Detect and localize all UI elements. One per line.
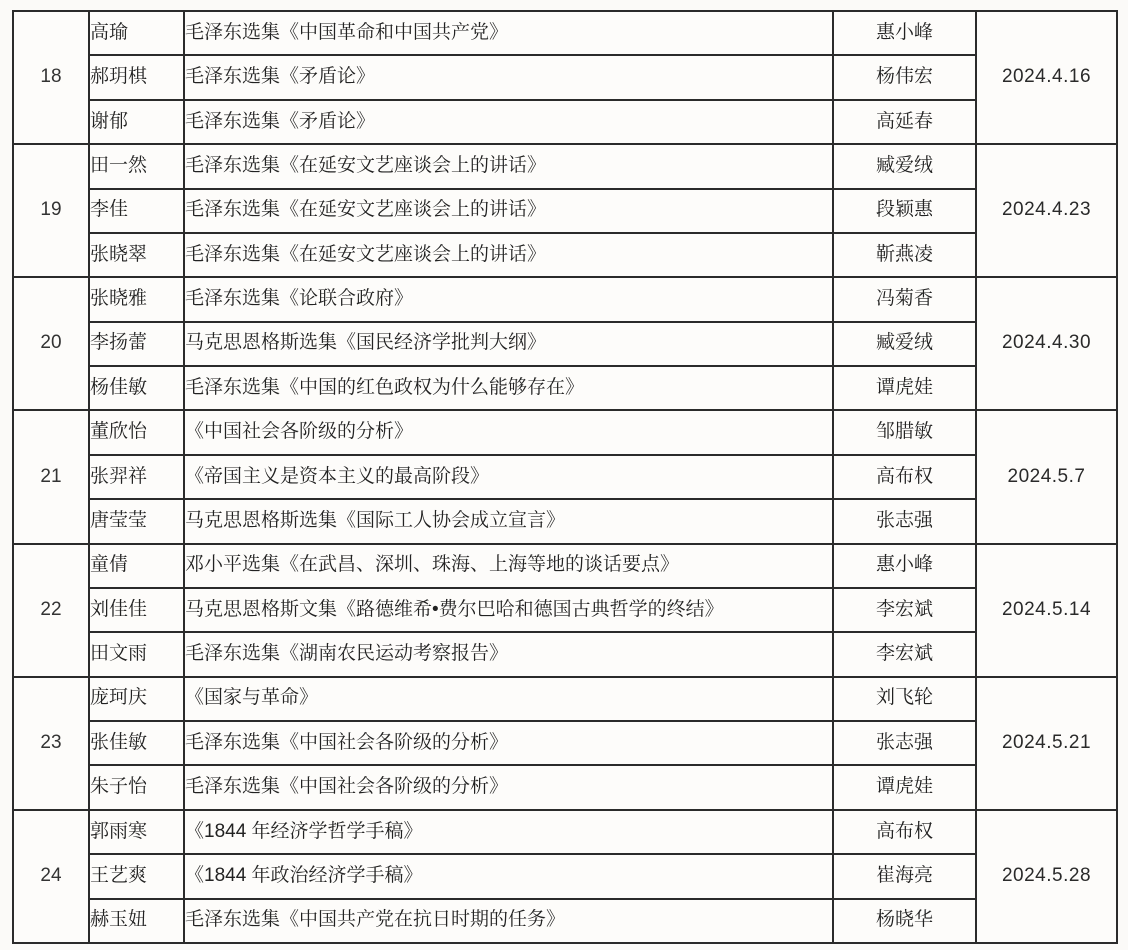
- advisor-name-cell: 刘飞轮: [833, 677, 976, 721]
- advisor-name-cell: 谭虎娃: [833, 366, 976, 410]
- reading-title-cell: 毛泽东选集《在延安文艺座谈会上的讲话》: [184, 189, 833, 233]
- reading-title-cell: 马克思恩格斯选集《国民经济学批判大纲》: [184, 322, 833, 366]
- table-row: 22童倩邓小平选集《在武昌、深圳、珠海、上海等地的谈话要点》惠小峰2024.5.…: [13, 544, 1117, 588]
- advisor-name-cell: 段颖惠: [833, 189, 976, 233]
- table-row: 21董欣怡《中国社会各阶级的分析》邹腊敏2024.5.7: [13, 410, 1117, 454]
- reading-title-cell: 邓小平选集《在武昌、深圳、珠海、上海等地的谈话要点》: [184, 544, 833, 588]
- advisor-name-cell: 李宏斌: [833, 588, 976, 632]
- schedule-table-body: 18高瑜毛泽东选集《中国革命和中国共产党》惠小峰2024.4.16郝玥棋毛泽东选…: [13, 11, 1117, 943]
- reading-title-cell: 毛泽东选集《中国社会各阶级的分析》: [184, 765, 833, 809]
- session-date-cell: 2024.5.14: [976, 544, 1117, 677]
- table-row: 张羿祥《帝国主义是资本主义的最高阶段》高布权: [13, 455, 1117, 499]
- table-row: 李扬蕾马克思恩格斯选集《国民经济学批判大纲》臧爱绒: [13, 322, 1117, 366]
- table-row: 张晓翠毛泽东选集《在延安文艺座谈会上的讲话》靳燕凌: [13, 233, 1117, 277]
- reading-title-cell: 毛泽东选集《矛盾论》: [184, 55, 833, 99]
- student-name-cell: 王艺爽: [89, 854, 184, 898]
- table-row: 18高瑜毛泽东选集《中国革命和中国共产党》惠小峰2024.4.16: [13, 11, 1117, 55]
- student-name-cell: 张晓翠: [89, 233, 184, 277]
- advisor-name-cell: 高延春: [833, 100, 976, 144]
- student-name-cell: 董欣怡: [89, 410, 184, 454]
- student-name-cell: 刘佳佳: [89, 588, 184, 632]
- reading-title-cell: 毛泽东选集《中国的红色政权为什么能够存在》: [184, 366, 833, 410]
- session-date-cell: 2024.4.23: [976, 144, 1117, 277]
- session-number-cell: 22: [13, 544, 89, 677]
- student-name-cell: 高瑜: [89, 11, 184, 55]
- reading-title-cell: 马克思恩格斯选集《国际工人协会成立宣言》: [184, 499, 833, 543]
- table-row: 李佳毛泽东选集《在延安文艺座谈会上的讲话》段颖惠: [13, 189, 1117, 233]
- advisor-name-cell: 惠小峰: [833, 544, 976, 588]
- student-name-cell: 郝玥棋: [89, 55, 184, 99]
- table-row: 赫玉妞毛泽东选集《中国共产党在抗日时期的任务》杨晓华: [13, 899, 1117, 944]
- table-row: 朱子怡毛泽东选集《中国社会各阶级的分析》谭虎娃: [13, 765, 1117, 809]
- advisor-name-cell: 靳燕凌: [833, 233, 976, 277]
- table-row: 张佳敏毛泽东选集《中国社会各阶级的分析》张志强: [13, 721, 1117, 765]
- table-row: 唐莹莹马克思恩格斯选集《国际工人协会成立宣言》张志强: [13, 499, 1117, 543]
- advisor-name-cell: 谭虎娃: [833, 765, 976, 809]
- reading-title-cell: 《1844 年政治经济学手稿》: [184, 854, 833, 898]
- advisor-name-cell: 张志强: [833, 499, 976, 543]
- advisor-name-cell: 惠小峰: [833, 11, 976, 55]
- session-date-cell: 2024.5.7: [976, 410, 1117, 543]
- table-row: 田文雨毛泽东选集《湖南农民运动考察报告》李宏斌: [13, 632, 1117, 676]
- reading-title-cell: 毛泽东选集《在延安文艺座谈会上的讲话》: [184, 233, 833, 277]
- reading-schedule-table: 18高瑜毛泽东选集《中国革命和中国共产党》惠小峰2024.4.16郝玥棋毛泽东选…: [12, 10, 1118, 944]
- advisor-name-cell: 邹腊敏: [833, 410, 976, 454]
- table-row: 20张晓雅毛泽东选集《论联合政府》冯菊香2024.4.30: [13, 277, 1117, 321]
- reading-title-cell: 毛泽东选集《湖南农民运动考察报告》: [184, 632, 833, 676]
- student-name-cell: 郭雨寒: [89, 810, 184, 854]
- reading-title-cell: 毛泽东选集《中国共产党在抗日时期的任务》: [184, 899, 833, 944]
- table-row: 杨佳敏毛泽东选集《中国的红色政权为什么能够存在》谭虎娃: [13, 366, 1117, 410]
- advisor-name-cell: 张志强: [833, 721, 976, 765]
- session-date-cell: 2024.5.21: [976, 677, 1117, 810]
- reading-title-cell: 毛泽东选集《中国社会各阶级的分析》: [184, 721, 833, 765]
- session-number-cell: 19: [13, 144, 89, 277]
- student-name-cell: 张晓雅: [89, 277, 184, 321]
- student-name-cell: 李扬蕾: [89, 322, 184, 366]
- session-number-cell: 24: [13, 810, 89, 943]
- session-date-cell: 2024.5.28: [976, 810, 1117, 943]
- reading-title-cell: 毛泽东选集《中国革命和中国共产党》: [184, 11, 833, 55]
- student-name-cell: 杨佳敏: [89, 366, 184, 410]
- student-name-cell: 唐莹莹: [89, 499, 184, 543]
- student-name-cell: 谢郁: [89, 100, 184, 144]
- session-number-cell: 18: [13, 11, 89, 144]
- advisor-name-cell: 冯菊香: [833, 277, 976, 321]
- advisor-name-cell: 臧爱绒: [833, 322, 976, 366]
- advisor-name-cell: 杨伟宏: [833, 55, 976, 99]
- advisor-name-cell: 李宏斌: [833, 632, 976, 676]
- table-row: 郝玥棋毛泽东选集《矛盾论》杨伟宏: [13, 55, 1117, 99]
- table-row: 刘佳佳马克思恩格斯文集《路德维希•费尔巴哈和德国古典哲学的终结》李宏斌: [13, 588, 1117, 632]
- student-name-cell: 赫玉妞: [89, 899, 184, 944]
- reading-title-cell: 《帝国主义是资本主义的最高阶段》: [184, 455, 833, 499]
- student-name-cell: 庞珂庆: [89, 677, 184, 721]
- advisor-name-cell: 高布权: [833, 455, 976, 499]
- student-name-cell: 张羿祥: [89, 455, 184, 499]
- student-name-cell: 张佳敏: [89, 721, 184, 765]
- reading-title-cell: 《国家与革命》: [184, 677, 833, 721]
- table-row: 谢郁毛泽东选集《矛盾论》高延春: [13, 100, 1117, 144]
- reading-title-cell: 《1844 年经济学哲学手稿》: [184, 810, 833, 854]
- advisor-name-cell: 杨晓华: [833, 899, 976, 944]
- reading-title-cell: 马克思恩格斯文集《路德维希•费尔巴哈和德国古典哲学的终结》: [184, 588, 833, 632]
- table-row: 24郭雨寒《1844 年经济学哲学手稿》高布权2024.5.28: [13, 810, 1117, 854]
- student-name-cell: 童倩: [89, 544, 184, 588]
- student-name-cell: 朱子怡: [89, 765, 184, 809]
- session-number-cell: 20: [13, 277, 89, 410]
- advisor-name-cell: 崔海亮: [833, 854, 976, 898]
- reading-title-cell: 毛泽东选集《矛盾论》: [184, 100, 833, 144]
- table-row: 23庞珂庆《国家与革命》刘飞轮2024.5.21: [13, 677, 1117, 721]
- advisor-name-cell: 臧爱绒: [833, 144, 976, 188]
- student-name-cell: 田一然: [89, 144, 184, 188]
- student-name-cell: 田文雨: [89, 632, 184, 676]
- session-number-cell: 23: [13, 677, 89, 810]
- reading-title-cell: 毛泽东选集《在延安文艺座谈会上的讲话》: [184, 144, 833, 188]
- student-name-cell: 李佳: [89, 189, 184, 233]
- table-row: 19田一然毛泽东选集《在延安文艺座谈会上的讲话》臧爱绒2024.4.23: [13, 144, 1117, 188]
- reading-title-cell: 《中国社会各阶级的分析》: [184, 410, 833, 454]
- session-date-cell: 2024.4.16: [976, 11, 1117, 144]
- advisor-name-cell: 高布权: [833, 810, 976, 854]
- session-date-cell: 2024.4.30: [976, 277, 1117, 410]
- reading-title-cell: 毛泽东选集《论联合政府》: [184, 277, 833, 321]
- session-number-cell: 21: [13, 410, 89, 543]
- table-row: 王艺爽《1844 年政治经济学手稿》崔海亮: [13, 854, 1117, 898]
